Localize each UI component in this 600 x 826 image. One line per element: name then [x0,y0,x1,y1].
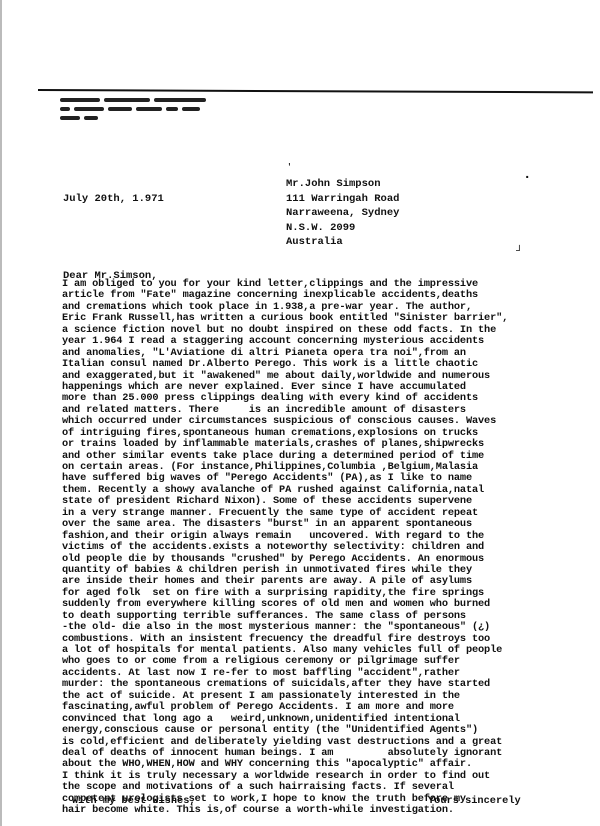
recipient-name: Mr.John Simpson [286,177,399,192]
stray-mark: ' [287,163,292,172]
recipient-city: Narraweena, Sydney [286,206,399,221]
letterhead-line-3 [60,114,210,123]
letter-body: I am obliged to you for your kind letter… [62,279,600,817]
recipient-address: Mr.John Simpson 111 Warringah Road Narra… [286,177,399,250]
letterhead-rule [38,89,593,93]
stray-bracket: ┘ [516,246,523,258]
body-line: fascinating,awful problem of Perego Acci… [62,702,600,713]
recipient-street: 111 Warringah Road [286,192,399,207]
body-line: which occurred under circumstances suspi… [62,416,600,427]
body-line: the scope and motivations of a such hair… [62,782,600,793]
letter-date: July 20th, 1.971 [63,193,164,205]
body-line: year 1.964 I read a staggering account c… [62,336,600,347]
letterhead [60,96,210,123]
recipient-country: Australia [286,235,399,250]
recipient-state: N.S.W. 2099 [286,221,399,236]
closing: With my best wishes, [72,795,196,807]
scan-left-edge [0,0,2,826]
stray-dot: · [523,170,531,186]
letterhead-line-2 [60,105,210,114]
body-line: or trains loaded by inflammable material… [62,439,600,450]
body-line: energy,conscious cause or personal entit… [62,725,600,736]
body-line: suddenly from everywhere killing scores … [62,599,600,610]
letterhead-line-1 [60,96,210,105]
body-line: Italian consul named Dr.Alberto Perego. … [62,359,600,370]
body-line: -the old- die also in the most mysteriou… [62,622,600,633]
body-line: over the same area. The disasters "burst… [62,519,600,530]
signoff: Yours sincerely [428,795,521,807]
body-line: victims of the accidents.exists a notewo… [62,542,600,553]
